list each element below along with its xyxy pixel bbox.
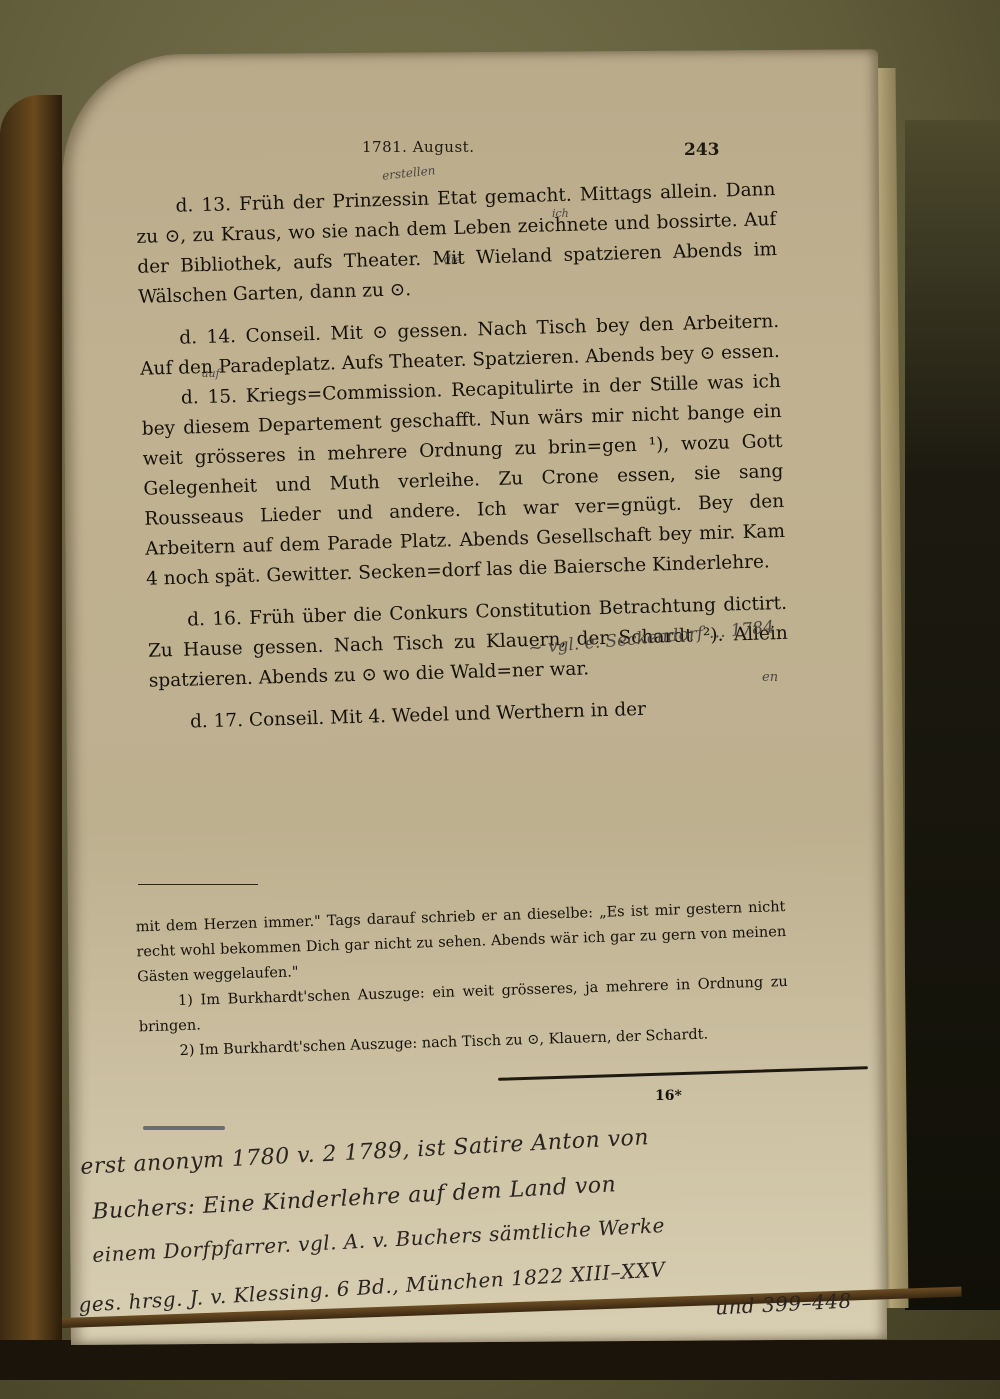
main-text: d. 13. Früh der Prinzessin Etat gemacht.… — [135, 175, 790, 739]
entry-15: d. 15. Kriegs=Commission. Recapitulirte … — [141, 367, 787, 595]
entry-13: d. 13. Früh der Prinzessin Etat gemacht.… — [135, 175, 778, 313]
book-bottom-cover — [0, 1340, 1000, 1380]
entry-date: d. 15. — [181, 386, 238, 409]
entry-date: d. 13. — [175, 194, 231, 217]
footnotes: mit dem Herzen immer." Tags darauf schri… — [135, 895, 789, 1065]
entry-date: d. 16. — [187, 608, 242, 631]
footnote-rule — [138, 884, 258, 885]
entry-text: Conseil. Mit 4. Wedel und Werthern in de… — [249, 699, 647, 731]
running-head: 1781. August. — [362, 138, 474, 156]
left-book-cover — [0, 95, 62, 1375]
entry-text: Kriegs=Commission. Recapitulirte in der … — [142, 371, 786, 590]
shadow-area — [905, 120, 1000, 1310]
page-number: 243 — [684, 140, 720, 160]
signature-mark: 16* — [655, 1088, 682, 1104]
pencil-dash — [143, 1126, 225, 1130]
entry-date: d. 14. — [179, 326, 236, 349]
entry-text: Früh der Prinzessin Etat gemacht. Mittag… — [136, 179, 777, 308]
entry-date: d. 17. — [190, 710, 244, 732]
